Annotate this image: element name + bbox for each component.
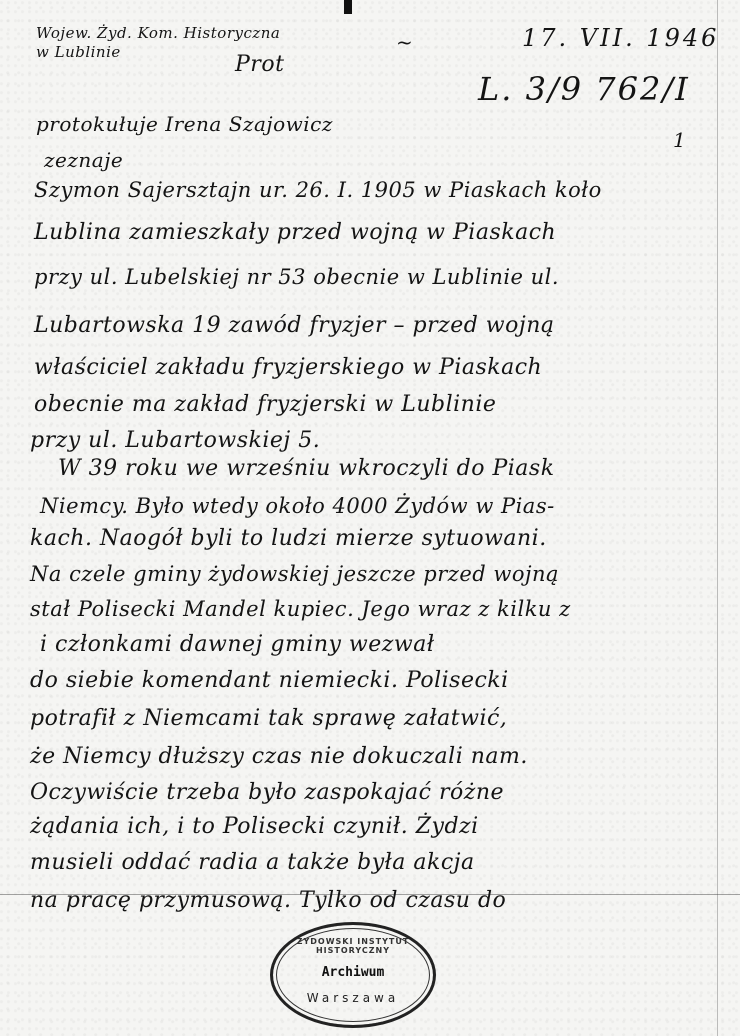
body-line: protokułuje Irena Szajowicz [36, 112, 333, 136]
body-line: przy ul. Lubelskiej nr 53 obecnie w Lubl… [34, 265, 559, 289]
body-line: i członkami dawnej gminy wezwał [40, 632, 434, 657]
body-line: W 39 roku we wrześniu wkroczyli do Piask [58, 456, 555, 481]
body-line: że Niemcy dłuższy czas nie dokuczali nam… [30, 744, 528, 769]
body-line: właściciel zakładu fryzjerskiego w Piask… [34, 355, 542, 380]
body-line: zeznaje [44, 148, 123, 172]
body-line: kach. Naogół byli to ludzi mierze sytuow… [30, 526, 547, 551]
archive-stamp: ŻYDOWSKI INSTYTUT HISTORYCZNY Archiwum W… [270, 922, 436, 1028]
body-line: Szymon Sajersztajn ur. 26. I. 1905 w Pia… [34, 178, 602, 202]
body-line: Niemcy. Było wtedy około 4000 Żydów w Pi… [40, 494, 555, 518]
fold-line-vertical [717, 0, 718, 1036]
body-line: Lubartowska 19 zawód fryzjer – przed woj… [34, 313, 554, 338]
body-line: przy ul. Lubartowskiej 5. [30, 428, 320, 453]
body-line: musieli oddać radia a także była akcja [30, 850, 475, 875]
scan-artifact-mark [344, 0, 352, 14]
body-line: obecnie ma zakład fryzjerski w Lublinie [34, 392, 496, 417]
page-number: 1 [673, 128, 686, 152]
body-line: do siebie komendant niemiecki. Polisecki [30, 668, 509, 693]
body-line: stał Polisecki Mandel kupiec. Jego wraz … [30, 597, 571, 621]
reference-number: L. 3/9 762/I [478, 70, 690, 108]
body-line: Na czele gminy żydowskiej jeszcze przed … [30, 562, 559, 586]
body-line: na pracę przymusową. Tylko od czasu do [30, 888, 506, 913]
institution-line-1: Wojew. Żyd. Kom. Historyczna [36, 24, 280, 43]
stamp-center-text: Archiwum [273, 965, 433, 980]
tilde-mark: ~ [396, 30, 413, 54]
document-date: 17. VII. 1946 [522, 24, 719, 52]
body-line: Oczywiście trzeba było zaspokajać różne [30, 780, 504, 805]
scanned-document-page: Wojew. Żyd. Kom. Historyczna w Lublinie … [0, 0, 740, 1036]
body-line: potrafił z Niemcami tak sprawę załatwić, [30, 706, 507, 731]
body-line: żądania ich, i to Polisecki czynił. Żydz… [30, 814, 479, 839]
stamp-top-text: ŻYDOWSKI INSTYTUT HISTORYCZNY [273, 937, 433, 955]
signature: Prot [235, 52, 284, 77]
stamp-bottom-text: Warszawa [273, 991, 433, 1005]
body-line: Lublina zamieszkały przed wojną w Piaska… [34, 220, 556, 245]
